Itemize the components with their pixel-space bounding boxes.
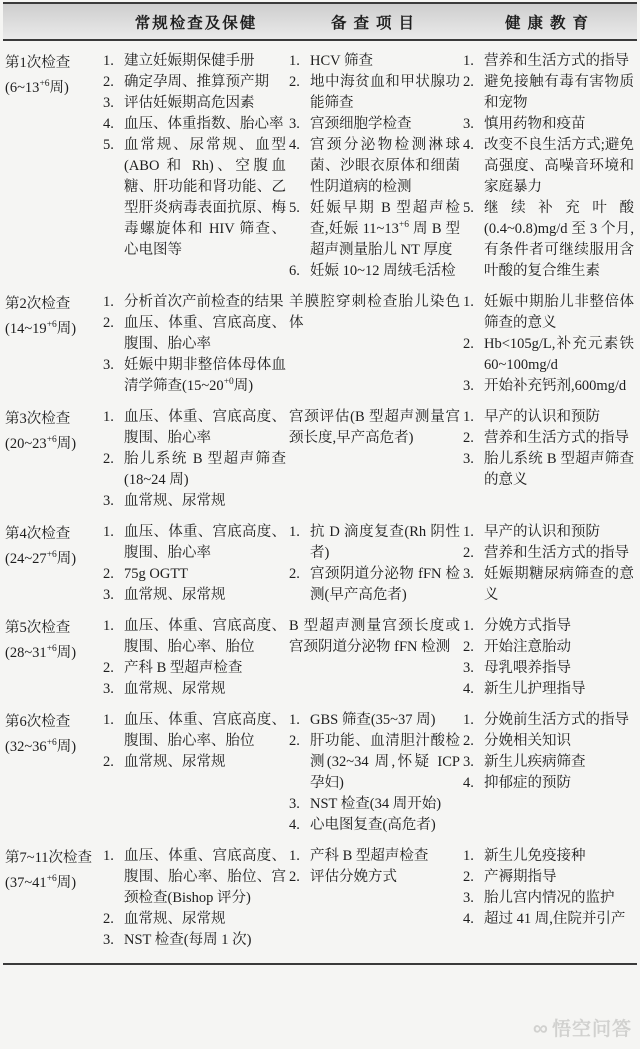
column-header-routine-checkup: 常规检查及保健 [103, 3, 289, 40]
table-row: 第4次检查(24~27+6周)1.血压、体重、宫底高度、腹围、胎心率2.75g … [3, 512, 637, 606]
item-text: 胎儿系统 B 型超声筛查的意义 [484, 449, 634, 491]
wukong-logo-icon: ∞ [533, 1017, 549, 1040]
item-number: 4. [289, 135, 310, 198]
item-list: 1.分析首次产前检查的结果2.血压、体重、宫底高度、腹围、胎心率3.妊娠中期非整… [103, 292, 286, 397]
item-number: 2. [103, 564, 124, 585]
visit-weeks: (6~13+6周) [5, 76, 100, 101]
column-header-health-education: 健康教育 [463, 3, 637, 40]
item-number: 5. [103, 135, 124, 261]
item-number: 2. [463, 334, 484, 376]
item-text: 营养和生活方式的指导 [484, 543, 634, 564]
list-item: 1.GBS 筛查(35~37 周) [289, 710, 460, 731]
visit-cell: 第6次检查(32~36+6周) [3, 700, 103, 836]
item-text: 血压、体重、宫底高度、腹围、胎心率 [124, 407, 286, 449]
item-text: 超过 41 周,住院并引产 [484, 909, 634, 930]
routine-cell: 1.分析首次产前检查的结果2.血压、体重、宫底高度、腹围、胎心率3.妊娠中期非整… [103, 282, 289, 397]
item-number: 4. [463, 773, 484, 794]
item-number: 4. [463, 135, 484, 198]
table-header-row: 常规检查及保健 备查项目 健康教育 [3, 3, 637, 40]
item-number: 2. [289, 564, 310, 606]
item-text: NST 检查(34 周开始) [310, 794, 460, 815]
item-number: 3. [463, 888, 484, 909]
visit-cell: 第2次检查(14~19+6周) [3, 282, 103, 397]
visit-weeks: (24~27+6周) [5, 547, 100, 572]
item-text: 营养和生活方式的指导 [484, 51, 634, 72]
item-number: 3. [463, 564, 484, 606]
item-number: 1. [103, 846, 124, 909]
visit-cell: 第7~11次检查(37~41+6周) [3, 836, 103, 964]
item-number: 1. [103, 292, 124, 313]
item-number: 2. [463, 428, 484, 449]
item-text: 胎儿系统 B 型超声筛查(18~24 周) [124, 449, 286, 491]
list-item: 2.宫颈阴道分泌物 fFN 检测(早产高危者) [289, 564, 460, 606]
item-text: Hb<105g/L,补充元素铁 60~100mg/d [484, 334, 634, 376]
item-text: 宫颈分泌物检测淋球菌、沙眼衣原体和细菌性阴道病的检测 [310, 135, 460, 198]
list-item: 4.超过 41 周,住院并引产 [463, 909, 634, 930]
list-item: 2.血常规、尿常规 [103, 752, 286, 773]
table-row: 第6次检查(32~36+6周)1.血压、体重、宫底高度、腹围、胎心率、胎位2.血… [3, 700, 637, 836]
item-text: 血压、体重、宫底高度、腹围、胎心率、胎位 [124, 616, 286, 658]
item-text: 产科 B 型超声检查 [124, 658, 286, 679]
item-number: 4. [463, 679, 484, 700]
item-text: HCV 筛查 [310, 51, 460, 72]
optional-cell: 1.产科 B 型超声检查2.评估分娩方式 [289, 836, 463, 964]
item-text: 血常规、尿常规、血型(ABO 和 Rh)、空腹血糖、肝功能和肾功能、乙型肝炎病毒… [124, 135, 286, 261]
item-number: 2. [103, 72, 124, 93]
list-item: 2.分娩相关知识 [463, 731, 634, 752]
item-text: 慎用药物和疫苗 [484, 114, 634, 135]
item-list: 1.分娩前生活方式的指导2.分娩相关知识3.新生儿疾病筛查4.抑郁症的预防 [463, 710, 634, 794]
table-row: 第2次检查(14~19+6周)1.分析首次产前检查的结果2.血压、体重、宫底高度… [3, 282, 637, 397]
item-list: 1.新生儿免疫接种2.产褥期指导3.胎儿宫内情况的监护4.超过 41 周,住院并… [463, 846, 634, 930]
item-text: 分娩前生活方式的指导 [484, 710, 634, 731]
item-list: 1.抗 D 滴度复查(Rh 阴性者)2.宫颈阴道分泌物 fFN 检测(早产高危者… [289, 522, 460, 606]
item-number: 2. [103, 658, 124, 679]
list-item: 5.继续补充叶酸(0.4~0.8)mg/d 至 3 个月,有条件者可继续服用含叶… [463, 198, 634, 282]
table-body: 第1次检查(6~13+6周)1.建立妊娠期保健手册2.确定孕周、推算预产期3.评… [3, 40, 637, 964]
list-item: 1.HCV 筛查 [289, 51, 460, 72]
table-row: 第7~11次检查(37~41+6周)1.血压、体重、宫底高度、腹围、胎心率、胎位… [3, 836, 637, 964]
visit-weeks: (20~23+6周) [5, 432, 100, 457]
visit-title: 第4次检查 [5, 522, 100, 547]
item-text: 妊娠中期非整倍体母体血清学筛查(15~20+0周) [124, 355, 286, 397]
list-item: 2.确定孕周、推算预产期 [103, 72, 286, 93]
item-list: 1.血压、体重、宫底高度、腹围、胎心率、胎位2.血常规、尿常规 [103, 710, 286, 773]
table-row: 第5次检查(28~31+6周)1.血压、体重、宫底高度、腹围、胎心率、胎位2.产… [3, 606, 637, 700]
routine-cell: 1.血压、体重、宫底高度、腹围、胎心率、胎位、宫颈检查(Bishop 评分)2.… [103, 836, 289, 964]
item-number: 2. [103, 909, 124, 930]
routine-cell: 1.血压、体重、宫底高度、腹围、胎心率、胎位2.产科 B 型超声检查3.血常规、… [103, 606, 289, 700]
item-text: 妊娠中期胎儿非整倍体筛查的意义 [484, 292, 634, 334]
item-text: 改变不良生活方式;避免高强度、高噪音环境和家庭暴力 [484, 135, 634, 198]
item-number: 3. [463, 449, 484, 491]
list-item: 1.血压、体重、宫底高度、腹围、胎心率、胎位 [103, 710, 286, 752]
item-number: 2. [463, 637, 484, 658]
item-text: 早产的认识和预防 [484, 407, 634, 428]
item-text: 营养和生活方式的指导 [484, 428, 634, 449]
list-item: 1.抗 D 滴度复查(Rh 阴性者) [289, 522, 460, 564]
routine-cell: 1.血压、体重、宫底高度、腹围、胎心率2.75g OGTT3.血常规、尿常规 [103, 512, 289, 606]
list-item: 3.NST 检查(每周 1 次) [103, 930, 286, 951]
item-number: 2. [289, 867, 310, 888]
item-text: 抑郁症的预防 [484, 773, 634, 794]
item-number: 2. [289, 72, 310, 114]
page: 常规检查及保健 备查项目 健康教育 第1次检查(6~13+6周)1.建立妊娠期保… [0, 0, 640, 965]
education-cell: 1.新生儿免疫接种2.产褥期指导3.胎儿宫内情况的监护4.超过 41 周,住院并… [463, 836, 637, 964]
routine-cell: 1.血压、体重、宫底高度、腹围、胎心率、胎位2.血常规、尿常规 [103, 700, 289, 836]
item-number: 2. [463, 72, 484, 114]
list-item: 2.评估分娩方式 [289, 867, 460, 888]
item-text: 妊娠早期 B 型超声检查,妊娠 11~13+6 周 B 型超声测量胎儿 NT 厚… [310, 198, 460, 261]
item-number: 1. [463, 522, 484, 543]
visit-title: 第6次检查 [5, 710, 100, 735]
item-number: 1. [103, 710, 124, 752]
item-text: 新生儿护理指导 [484, 679, 634, 700]
item-text: 血压、体重指数、胎心率 [124, 114, 286, 135]
list-item: 5.妊娠早期 B 型超声检查,妊娠 11~13+6 周 B 型超声测量胎儿 NT… [289, 198, 460, 261]
list-item: 1.早产的认识和预防 [463, 407, 634, 428]
list-item: 1.建立妊娠期保健手册 [103, 51, 286, 72]
table-row: 第1次检查(6~13+6周)1.建立妊娠期保健手册2.确定孕周、推算预产期3.评… [3, 40, 637, 282]
item-number: 3. [463, 752, 484, 773]
item-list: 1.产科 B 型超声检查2.评估分娩方式 [289, 846, 460, 888]
visit-title: 第2次检查 [5, 292, 100, 317]
item-number: 2. [463, 543, 484, 564]
item-text: 新生儿疾病筛查 [484, 752, 634, 773]
list-item: 3.胎儿宫内情况的监护 [463, 888, 634, 909]
list-item: 3.新生儿疾病筛查 [463, 752, 634, 773]
item-text: 血压、体重、宫底高度、腹围、胎心率、胎位、宫颈检查(Bishop 评分) [124, 846, 286, 909]
list-item: 3.NST 检查(34 周开始) [289, 794, 460, 815]
list-item: 6.妊娠 10~12 周绒毛活检 [289, 261, 460, 282]
item-list: 1.血压、体重、宫底高度、腹围、胎心率2.75g OGTT3.血常规、尿常规 [103, 522, 286, 606]
list-item: 3.妊娠中期非整倍体母体血清学筛查(15~20+0周) [103, 355, 286, 397]
item-text: 分析首次产前检查的结果 [124, 292, 286, 313]
item-number: 1. [463, 616, 484, 637]
list-item: 2.地中海贫血和甲状腺功能筛查 [289, 72, 460, 114]
item-text: 心电图复查(高危者) [310, 815, 460, 836]
item-text: NST 检查(每周 1 次) [124, 930, 286, 951]
item-number: 1. [289, 846, 310, 867]
list-item: 3.血常规、尿常规 [103, 491, 286, 512]
list-item: 1.血压、体重、宫底高度、腹围、胎心率、胎位、宫颈检查(Bishop 评分) [103, 846, 286, 909]
education-cell: 1.妊娠中期胎儿非整倍体筛查的意义2.Hb<105g/L,补充元素铁 60~10… [463, 282, 637, 397]
list-item: 1.血压、体重、宫底高度、腹围、胎心率 [103, 407, 286, 449]
item-number: 1. [103, 407, 124, 449]
list-item: 3.血常规、尿常规 [103, 679, 286, 700]
item-list: 1.早产的认识和预防2.营养和生活方式的指导3.胎儿系统 B 型超声筛查的意义 [463, 407, 634, 491]
item-number: 1. [463, 407, 484, 428]
cell-paragraph: 宫颈评估(B 型超声测量宫颈长度,早产高危者) [289, 407, 460, 449]
item-list: 1.血压、体重、宫底高度、腹围、胎心率、胎位2.产科 B 型超声检查3.血常规、… [103, 616, 286, 700]
routine-cell: 1.血压、体重、宫底高度、腹围、胎心率2.胎儿系统 B 型超声筛查(18~24 … [103, 397, 289, 512]
education-cell: 1.分娩方式指导2.开始注意胎动3.母乳喂养指导4.新生儿护理指导 [463, 606, 637, 700]
item-number: 1. [289, 522, 310, 564]
item-list: 1.血压、体重、宫底高度、腹围、胎心率2.胎儿系统 B 型超声筛查(18~24 … [103, 407, 286, 512]
item-number: 2. [103, 752, 124, 773]
checkup-schedule-table: 常规检查及保健 备查项目 健康教育 第1次检查(6~13+6周)1.建立妊娠期保… [3, 2, 637, 965]
item-list: 1.HCV 筛查2.地中海贫血和甲状腺功能筛查3.宫颈细胞学检查4.宫颈分泌物检… [289, 51, 460, 282]
list-item: 4.宫颈分泌物检测淋球菌、沙眼衣原体和细菌性阴道病的检测 [289, 135, 460, 198]
list-item: 1.妊娠中期胎儿非整倍体筛查的意义 [463, 292, 634, 334]
item-number: 3. [463, 114, 484, 135]
list-item: 2.营养和生活方式的指导 [463, 543, 634, 564]
item-number: 1. [463, 292, 484, 334]
visit-weeks: (14~19+6周) [5, 317, 100, 342]
item-text: 产科 B 型超声检查 [310, 846, 460, 867]
item-list: 1.早产的认识和预防2.营养和生活方式的指导3.妊娠期糖尿病筛查的意义 [463, 522, 634, 606]
visit-cell: 第3次检查(20~23+6周) [3, 397, 103, 512]
visit-weeks: (28~31+6周) [5, 641, 100, 666]
list-item: 3.母乳喂养指导 [463, 658, 634, 679]
item-list: 1.建立妊娠期保健手册2.确定孕周、推算预产期3.评估妊娠期高危因素4.血压、体… [103, 51, 286, 261]
watermark-text: 悟空问答 [552, 1019, 632, 1040]
item-text: 宫颈阴道分泌物 fFN 检测(早产高危者) [310, 564, 460, 606]
list-item: 1.分娩方式指导 [463, 616, 634, 637]
cell-paragraph: B 型超声测量宫颈长度或宫颈阴道分泌物 fFN 检测 [289, 616, 460, 658]
item-number: 3. [103, 679, 124, 700]
item-text: 早产的认识和预防 [484, 522, 634, 543]
item-text: 避免接触有毒有害物质和宠物 [484, 72, 634, 114]
list-item: 2.开始注意胎动 [463, 637, 634, 658]
optional-cell: B 型超声测量宫颈长度或宫颈阴道分泌物 fFN 检测 [289, 606, 463, 700]
item-text: 妊娠 10~12 周绒毛活检 [310, 261, 460, 282]
item-text: 胎儿宫内情况的监护 [484, 888, 634, 909]
item-text: 母乳喂养指导 [484, 658, 634, 679]
list-item: 4.血压、体重指数、胎心率 [103, 114, 286, 135]
item-text: 分娩方式指导 [484, 616, 634, 637]
item-text: 血常规、尿常规 [124, 491, 286, 512]
item-number: 3. [103, 491, 124, 512]
item-text: 评估妊娠期高危因素 [124, 93, 286, 114]
item-number: 1. [103, 51, 124, 72]
item-text: 产褥期指导 [484, 867, 634, 888]
item-number: 5. [463, 198, 484, 282]
visit-weeks: (32~36+6周) [5, 735, 100, 760]
list-item: 1.早产的认识和预防 [463, 522, 634, 543]
list-item: 3.胎儿系统 B 型超声筛查的意义 [463, 449, 634, 491]
item-list: 1.营养和生活方式的指导2.避免接触有毒有害物质和宠物3.慎用药物和疫苗4.改变… [463, 51, 634, 282]
item-number: 3. [289, 794, 310, 815]
item-text: 地中海贫血和甲状腺功能筛查 [310, 72, 460, 114]
item-number: 2. [463, 867, 484, 888]
item-number: 4. [289, 815, 310, 836]
list-item: 1.分娩前生活方式的指导 [463, 710, 634, 731]
item-number: 3. [103, 585, 124, 606]
item-number: 6. [289, 261, 310, 282]
list-item: 4.改变不良生活方式;避免高强度、高噪音环境和家庭暴力 [463, 135, 634, 198]
item-text: 建立妊娠期保健手册 [124, 51, 286, 72]
visit-title: 第7~11次检查 [5, 846, 100, 871]
visit-weeks: (37~41+6周) [5, 871, 100, 896]
list-item: 2.75g OGTT [103, 564, 286, 585]
list-item: 3.开始补充钙剂,600mg/d [463, 376, 634, 397]
list-item: 1.血压、体重、宫底高度、腹围、胎心率 [103, 522, 286, 564]
list-item: 5.血常规、尿常规、血型(ABO 和 Rh)、空腹血糖、肝功能和肾功能、乙型肝炎… [103, 135, 286, 261]
item-list: 1.分娩方式指导2.开始注意胎动3.母乳喂养指导4.新生儿护理指导 [463, 616, 634, 700]
item-number: 2. [463, 731, 484, 752]
visit-cell: 第5次检查(28~31+6周) [3, 606, 103, 700]
education-cell: 1.早产的认识和预防2.营养和生活方式的指导3.胎儿系统 B 型超声筛查的意义 [463, 397, 637, 512]
item-number: 4. [103, 114, 124, 135]
column-header-optional-items: 备查项目 [289, 3, 463, 40]
item-text: 抗 D 滴度复查(Rh 阴性者) [310, 522, 460, 564]
item-list: 1.妊娠中期胎儿非整倍体筛查的意义2.Hb<105g/L,补充元素铁 60~10… [463, 292, 634, 397]
list-item: 2.产科 B 型超声检查 [103, 658, 286, 679]
item-number: 2. [289, 731, 310, 794]
item-text: 开始注意胎动 [484, 637, 634, 658]
item-number: 4. [463, 909, 484, 930]
item-number: 5. [289, 198, 310, 261]
education-cell: 1.分娩前生活方式的指导2.分娩相关知识3.新生儿疾病筛查4.抑郁症的预防 [463, 700, 637, 836]
item-text: 血压、体重、宫底高度、腹围、胎心率、胎位 [124, 710, 286, 752]
list-item: 3.慎用药物和疫苗 [463, 114, 634, 135]
item-number: 3. [103, 355, 124, 397]
visit-title: 第1次检查 [5, 51, 100, 76]
list-item: 2.营养和生活方式的指导 [463, 428, 634, 449]
list-item: 1.分析首次产前检查的结果 [103, 292, 286, 313]
list-item: 1.营养和生活方式的指导 [463, 51, 634, 72]
optional-cell: 宫颈评估(B 型超声测量宫颈长度,早产高危者) [289, 397, 463, 512]
list-item: 2.血压、体重、宫底高度、腹围、胎心率 [103, 313, 286, 355]
item-text: 75g OGTT [124, 564, 286, 585]
item-text: 新生儿免疫接种 [484, 846, 634, 867]
watermark: ∞悟空问答 [533, 1014, 632, 1041]
list-item: 1.产科 B 型超声检查 [289, 846, 460, 867]
item-text: 评估分娩方式 [310, 867, 460, 888]
item-text: 确定孕周、推算预产期 [124, 72, 286, 93]
item-number: 1. [103, 616, 124, 658]
item-number: 1. [103, 522, 124, 564]
list-item: 2.胎儿系统 B 型超声筛查(18~24 周) [103, 449, 286, 491]
routine-cell: 1.建立妊娠期保健手册2.确定孕周、推算预产期3.评估妊娠期高危因素4.血压、体… [103, 40, 289, 282]
item-text: 血压、体重、宫底高度、腹围、胎心率 [124, 313, 286, 355]
item-number: 1. [463, 51, 484, 72]
list-item: 1.血压、体重、宫底高度、腹围、胎心率、胎位 [103, 616, 286, 658]
visit-title: 第3次检查 [5, 407, 100, 432]
item-text: GBS 筛查(35~37 周) [310, 710, 460, 731]
visit-title: 第5次检查 [5, 616, 100, 641]
item-text: 开始补充钙剂,600mg/d [484, 376, 634, 397]
item-number: 1. [289, 51, 310, 72]
optional-cell: 1.抗 D 滴度复查(Rh 阴性者)2.宫颈阴道分泌物 fFN 检测(早产高危者… [289, 512, 463, 606]
item-text: 妊娠期糖尿病筛查的意义 [484, 564, 634, 606]
list-item: 3.评估妊娠期高危因素 [103, 93, 286, 114]
list-item: 4.心电图复查(高危者) [289, 815, 460, 836]
optional-cell: 1.HCV 筛查2.地中海贫血和甲状腺功能筛查3.宫颈细胞学检查4.宫颈分泌物检… [289, 40, 463, 282]
list-item: 2.肝功能、血清胆汁酸检测(32~34 周,怀疑 ICP 孕妇) [289, 731, 460, 794]
item-number: 1. [463, 710, 484, 731]
item-number: 3. [103, 930, 124, 951]
list-item: 3.血常规、尿常规 [103, 585, 286, 606]
item-number: 1. [463, 846, 484, 867]
optional-cell: 1.GBS 筛查(35~37 周)2.肝功能、血清胆汁酸检测(32~34 周,怀… [289, 700, 463, 836]
item-text: 血压、体重、宫底高度、腹围、胎心率 [124, 522, 286, 564]
item-text: 继续补充叶酸(0.4~0.8)mg/d 至 3 个月,有条件者可继续服用含叶酸的… [484, 198, 634, 282]
item-number: 3. [103, 93, 124, 114]
cell-paragraph: 羊膜腔穿刺检查胎儿染色体 [289, 292, 460, 334]
education-cell: 1.营养和生活方式的指导2.避免接触有毒有害物质和宠物3.慎用药物和疫苗4.改变… [463, 40, 637, 282]
visit-cell: 第4次检查(24~27+6周) [3, 512, 103, 606]
item-number: 3. [463, 658, 484, 679]
list-item: 2.Hb<105g/L,补充元素铁 60~100mg/d [463, 334, 634, 376]
visit-cell: 第1次检查(6~13+6周) [3, 40, 103, 282]
list-item: 1.新生儿免疫接种 [463, 846, 634, 867]
list-item: 2.避免接触有毒有害物质和宠物 [463, 72, 634, 114]
item-text: 分娩相关知识 [484, 731, 634, 752]
item-number: 3. [463, 376, 484, 397]
list-item: 4.新生儿护理指导 [463, 679, 634, 700]
item-text: 肝功能、血清胆汁酸检测(32~34 周,怀疑 ICP 孕妇) [310, 731, 460, 794]
item-number: 2. [103, 449, 124, 491]
list-item: 2.血常规、尿常规 [103, 909, 286, 930]
education-cell: 1.早产的认识和预防2.营养和生活方式的指导3.妊娠期糖尿病筛查的意义 [463, 512, 637, 606]
item-list: 1.GBS 筛查(35~37 周)2.肝功能、血清胆汁酸检测(32~34 周,怀… [289, 710, 460, 836]
item-text: 血常规、尿常规 [124, 752, 286, 773]
item-text: 宫颈细胞学检查 [310, 114, 460, 135]
item-number: 2. [103, 313, 124, 355]
list-item: 2.产褥期指导 [463, 867, 634, 888]
optional-cell: 羊膜腔穿刺检查胎儿染色体 [289, 282, 463, 397]
table-row: 第3次检查(20~23+6周)1.血压、体重、宫底高度、腹围、胎心率2.胎儿系统… [3, 397, 637, 512]
list-item: 3.妊娠期糖尿病筛查的意义 [463, 564, 634, 606]
item-list: 1.血压、体重、宫底高度、腹围、胎心率、胎位、宫颈检查(Bishop 评分)2.… [103, 846, 286, 951]
item-number: 3. [289, 114, 310, 135]
corner-header-cell [3, 3, 103, 40]
item-number: 1. [289, 710, 310, 731]
item-text: 血常规、尿常规 [124, 679, 286, 700]
item-text: 血常规、尿常规 [124, 585, 286, 606]
list-item: 3.宫颈细胞学检查 [289, 114, 460, 135]
list-item: 4.抑郁症的预防 [463, 773, 634, 794]
item-text: 血常规、尿常规 [124, 909, 286, 930]
